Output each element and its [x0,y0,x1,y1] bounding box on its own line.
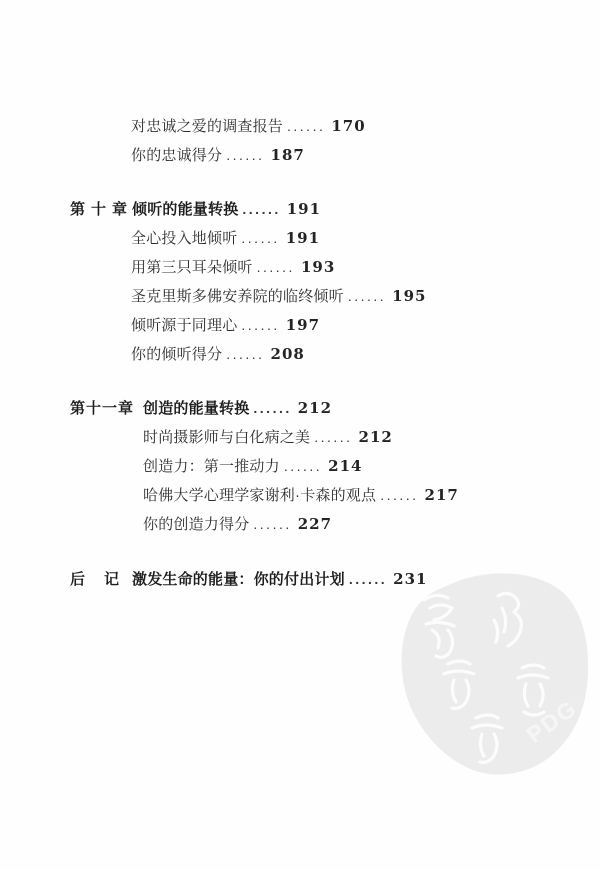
watermark-blob [402,573,588,774]
chapter-title: 创造的能量转换 [143,400,249,418]
chapter-page-number: 212 [298,399,332,417]
entry-page-number: 208 [271,345,305,363]
dot-leader: ...... [226,345,264,363]
pdg-watermark-text: PDG [522,694,582,748]
dot-leader: ...... [241,316,279,334]
entry-title: 全心投入地倾听 [131,230,237,248]
dot-leader: ...... [241,229,279,247]
dot-leader: ...... [349,570,387,588]
dot-leader: ...... [253,515,291,533]
dot-leader: ...... [287,117,325,135]
watermark-stamp: PDG [396,568,596,778]
toc-entry: 时尚摄影师与白化病之美......212 [143,428,600,446]
toc-entry: 哈佛大学心理学家谢利·卡森的观点......217 [143,486,600,504]
toc-entry: 全心投入地倾听......191 [131,229,600,247]
chapter-title: 激发生命的能量：你的付出计划 [132,571,345,589]
entry-page-number: 187 [271,146,305,164]
toc-entry: 你的创造力得分......227 [143,515,600,533]
entry-title: 创造力：第一推动力 [143,458,280,476]
dot-leader: ...... [242,200,280,218]
entry-page-number: 193 [301,258,335,276]
chapter-page-number: 231 [393,570,427,588]
entry-title: 你的创造力得分 [143,516,249,534]
entry-page-number: 191 [286,229,320,247]
toc-entry: 你的倾听得分......208 [131,345,600,363]
entry-title: 倾听源于同理心 [131,317,237,335]
entry-title: 对忠诚之爱的调查报告 [131,118,283,136]
dot-leader: ...... [226,146,264,164]
entry-page-number: 217 [425,486,459,504]
chapter-title: 倾听的能量转换 [132,201,238,219]
toc-entry: 创造力：第一推动力......214 [143,457,600,475]
entry-page-number: 212 [359,428,393,446]
entry-page-number: 195 [392,287,426,305]
chapter-heading-10: 第十章倾听的能量转换......191 [70,200,600,218]
dot-leader: ...... [253,399,291,417]
entry-title: 时尚摄影师与白化病之美 [143,429,310,447]
entry-page-number: 214 [328,457,362,475]
entry-title: 用第三只耳朵倾听 [131,259,253,277]
toc-entry: 圣克里斯多佛安养院的临终倾听......195 [131,287,600,305]
afterword-heading: 后 记激发生命的能量：你的付出计划......231 [70,570,600,588]
chapter-label: 第十章 [70,201,127,219]
dot-leader: ...... [348,287,386,305]
dot-leader: ...... [380,486,418,504]
dot-leader: ...... [284,457,322,475]
dot-leader: ...... [314,428,352,446]
entry-title: 哈佛大学心理学家谢利·卡森的观点 [143,487,376,505]
chapter-heading-11: 第十一章创造的能量转换......212 [70,399,600,417]
dot-leader: ...... [257,258,295,276]
entry-title: 圣克里斯多佛安养院的临终倾听 [131,288,344,306]
entry-title: 你的倾听得分 [131,346,222,364]
toc-entry: 用第三只耳朵倾听......193 [131,258,600,276]
entry-page-number: 170 [331,117,365,135]
entry-page-number: 227 [298,515,332,533]
book-page: 对忠诚之爱的调查报告......170 你的忠诚得分......187 第十章倾… [0,0,600,869]
entry-page-number: 197 [286,316,320,334]
chapter-page-number: 191 [287,200,321,218]
toc-entry: 对忠诚之爱的调查报告......170 [131,117,600,135]
toc-entry: 倾听源于同理心......197 [131,316,600,334]
entry-title: 你的忠诚得分 [131,147,222,165]
chapter-label: 第十一章 [70,400,133,418]
toc-entry: 你的忠诚得分......187 [131,146,600,164]
chapter-label: 后 记 [70,571,119,589]
table-of-contents: 对忠诚之爱的调查报告......170 你的忠诚得分......187 第十章倾… [0,0,600,588]
seal-script-glyphs [424,593,548,762]
